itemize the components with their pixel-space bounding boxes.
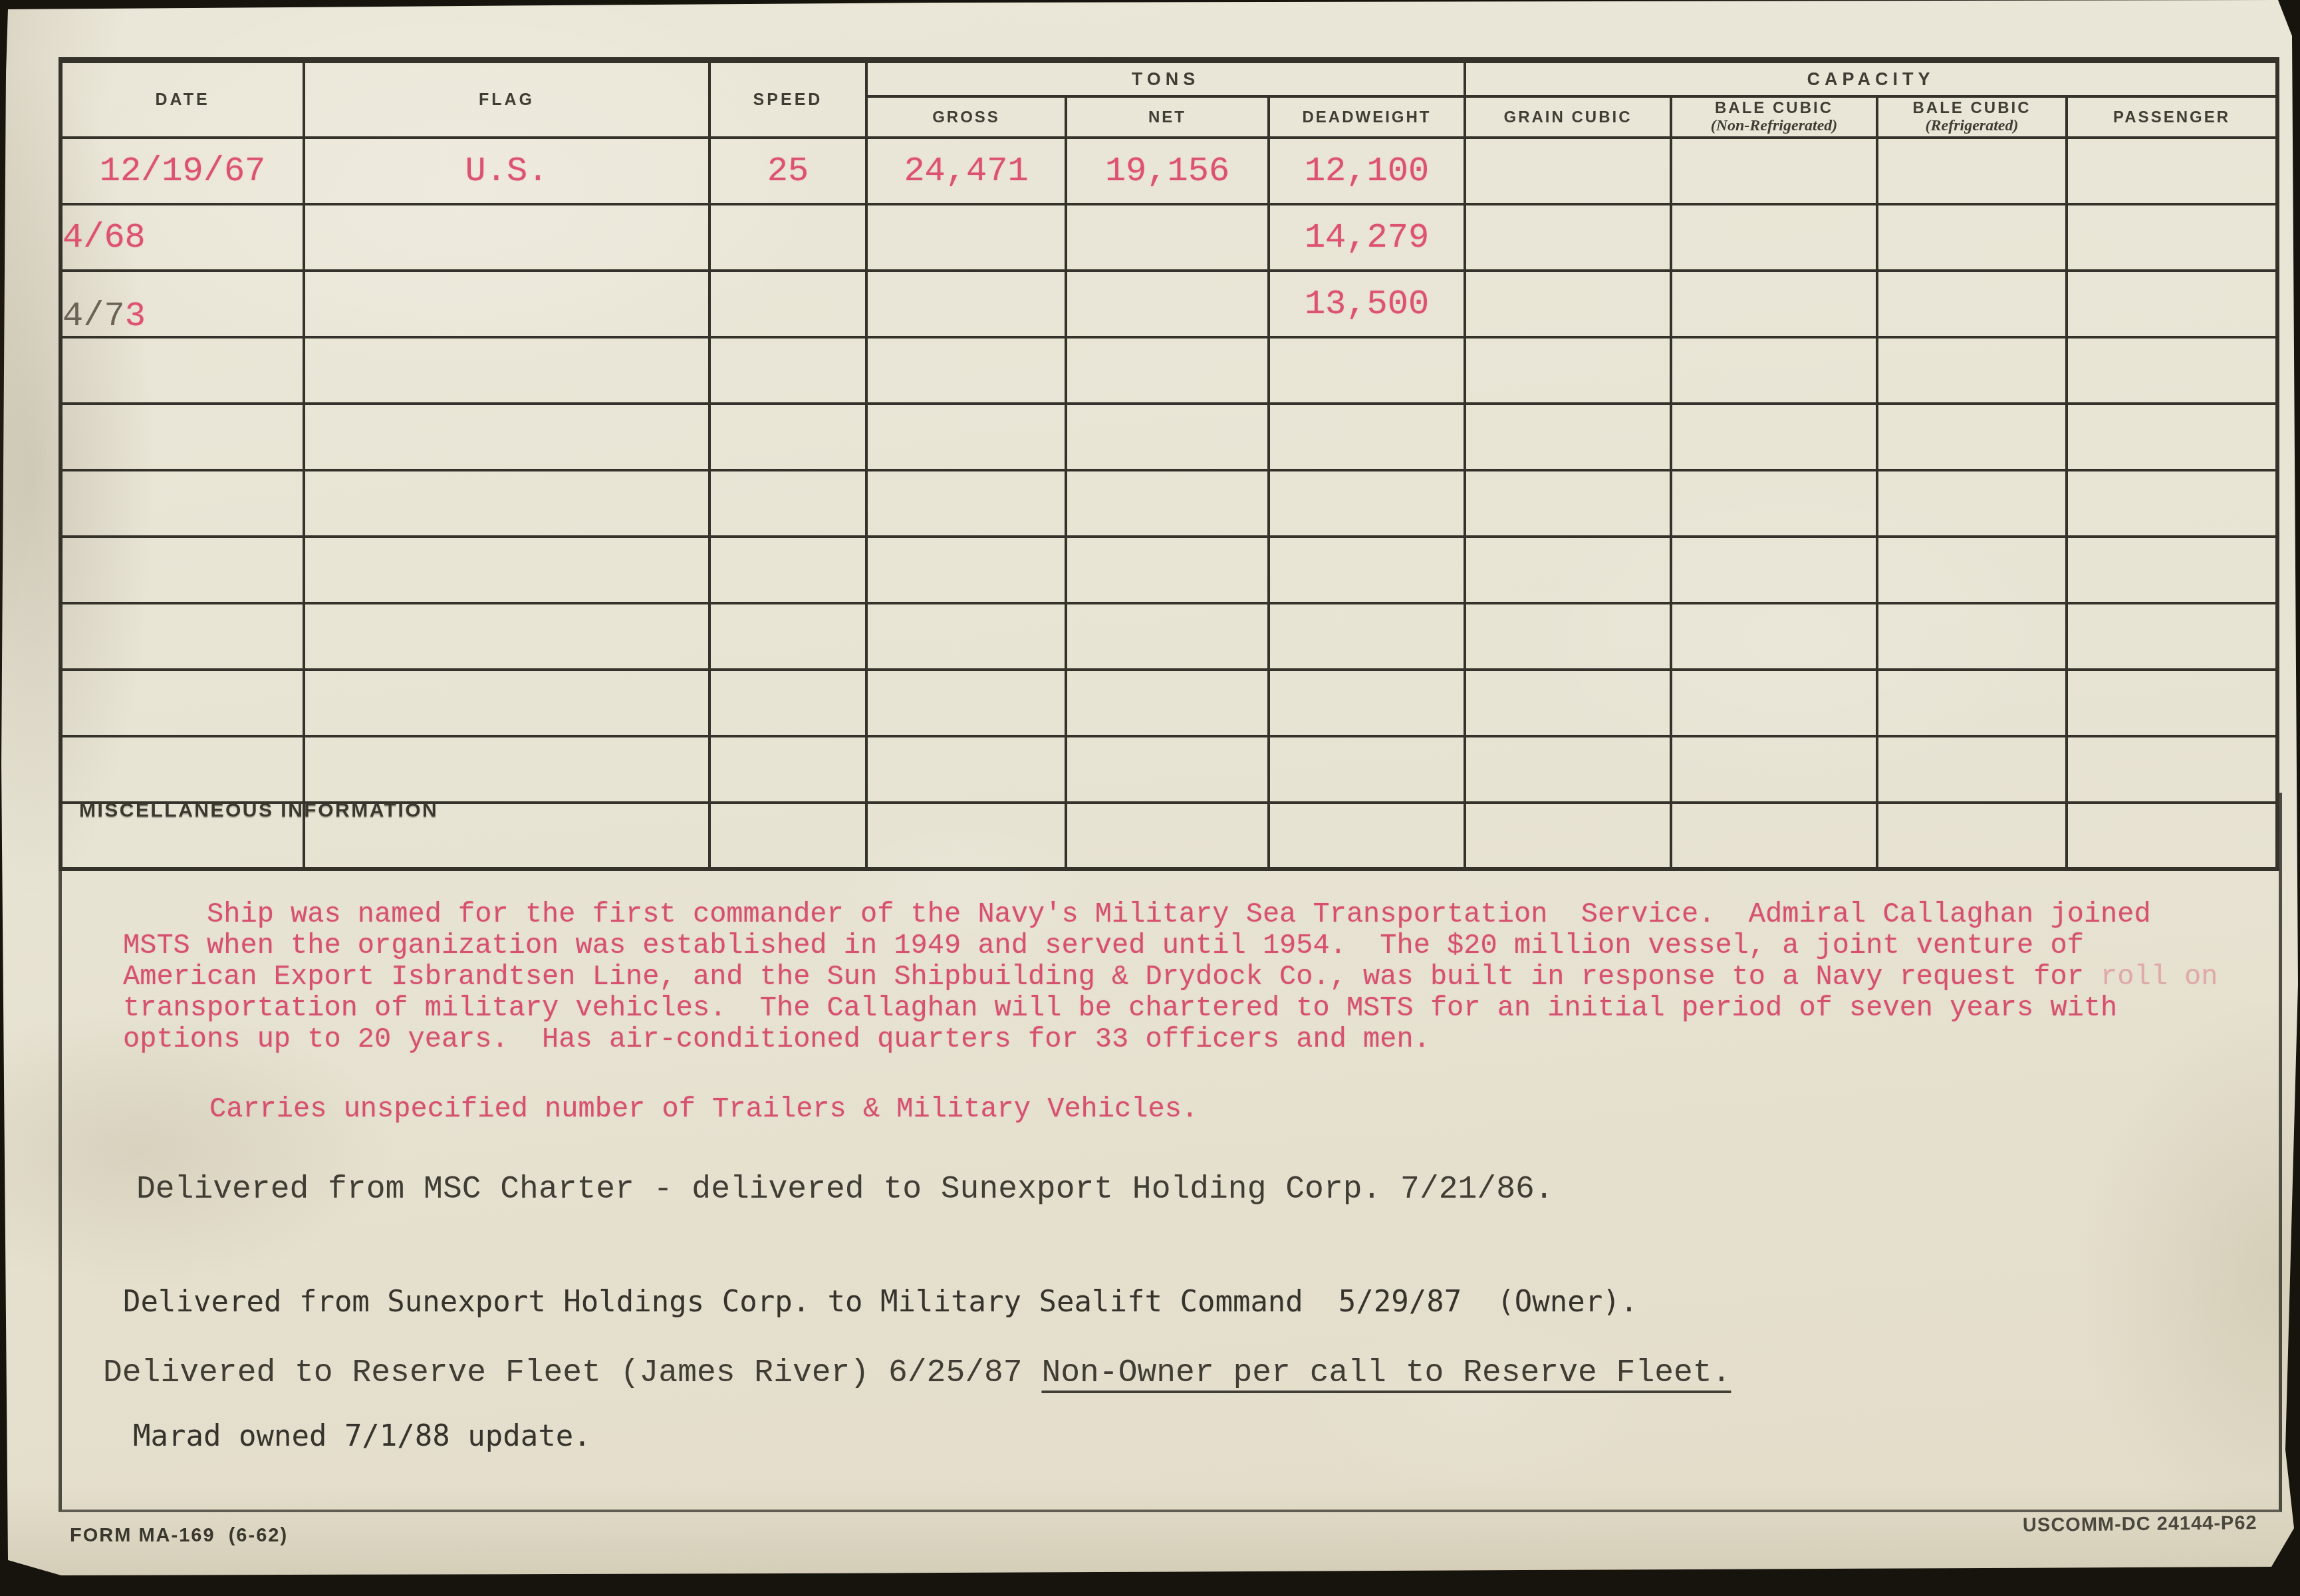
empty-cell	[2067, 204, 2277, 271]
cell-deadweight: 14,279	[1269, 204, 1465, 271]
table-row-1967: 12/19/67 U.S. 25 24,471 19,156 12,100	[61, 138, 2277, 204]
paragraph-line: MSTS when the organization was establish…	[123, 930, 2218, 962]
empty-cell	[1465, 337, 1671, 404]
paragraph-line-text: American Export Isbrandtsen Line, and th…	[123, 961, 2101, 993]
empty-cell	[1877, 603, 2067, 670]
empty-cell	[866, 204, 1066, 271]
cell-speed: 25	[709, 138, 866, 204]
header-speed: SPEED	[709, 61, 866, 138]
empty-cell	[2067, 670, 2277, 736]
header-bale-ref-line2: (Refrigerated)	[1878, 117, 2065, 135]
date-pencil-part: 4/7	[63, 297, 125, 336]
empty-cell	[1877, 204, 2067, 271]
empty-cell	[1671, 537, 1877, 603]
empty-cell	[61, 470, 304, 537]
empty-cell	[866, 271, 1066, 337]
empty-cell	[709, 404, 866, 470]
empty-cell	[1066, 271, 1269, 337]
print-code: USCOMM-DC 24144-P62	[2023, 1512, 2257, 1537]
header-tons-group: TONS	[866, 61, 1465, 97]
empty-cell	[709, 271, 866, 337]
empty-cell	[1671, 271, 1877, 337]
empty-cell	[304, 670, 709, 736]
empty-cell	[1465, 470, 1671, 537]
date-pink-part: 3	[125, 297, 146, 336]
empty-cell	[2067, 470, 2277, 537]
empty-cell	[1671, 470, 1877, 537]
empty-cell	[304, 470, 709, 537]
paragraph-line: American Export Isbrandtsen Line, and th…	[123, 962, 2218, 993]
empty-cell	[61, 537, 304, 603]
empty-cell	[1269, 337, 1465, 404]
header-bale-ref-line1: BALE CUBIC	[1913, 99, 2031, 117]
empty-cell	[61, 404, 304, 470]
empty-cell	[1877, 470, 2067, 537]
cell-deadweight: 12,100	[1269, 138, 1465, 204]
empty-cell	[2067, 138, 2277, 204]
header-bale-nonref-line1: BALE CUBIC	[1715, 99, 1833, 117]
empty-cell	[2067, 537, 2277, 603]
paragraph-line: options up to 20 years. Has air-conditio…	[123, 1024, 2218, 1055]
table-row-empty	[61, 603, 2277, 670]
delivery-note-msc: Delivered from MSC Charter - delivered t…	[136, 1172, 1554, 1208]
empty-cell	[1465, 138, 1671, 204]
empty-cell	[866, 404, 1066, 470]
empty-cell	[709, 470, 866, 537]
empty-cell	[1066, 337, 1269, 404]
empty-cell	[2067, 337, 2277, 404]
empty-cell	[866, 470, 1066, 537]
header-gross: GROSS	[866, 96, 1066, 138]
empty-cell	[1877, 537, 2067, 603]
empty-cell	[1269, 404, 1465, 470]
empty-cell	[304, 337, 709, 404]
scanned-form-page: DATE FLAG SPEED TONS CAPACITY GROSS NET …	[0, 0, 2300, 1596]
empty-cell	[709, 337, 866, 404]
empty-cell	[1066, 537, 1269, 603]
empty-cell	[1269, 670, 1465, 736]
empty-cell	[1877, 138, 2067, 204]
empty-cell	[866, 603, 1066, 670]
empty-cell	[304, 204, 709, 271]
paragraph-line: transportation of military vehicles. The…	[123, 993, 2218, 1024]
cell-gross: 24,471	[866, 138, 1066, 204]
empty-cell	[304, 603, 709, 670]
empty-cell	[61, 670, 304, 736]
form-number: FORM MA-169 (6-62)	[70, 1525, 288, 1547]
empty-cell	[1671, 204, 1877, 271]
cell-date: 12/19/67	[61, 138, 304, 204]
empty-cell	[304, 404, 709, 470]
empty-cell	[709, 670, 866, 736]
header-deadweight: DEADWEIGHT	[1269, 96, 1465, 138]
header-date: DATE	[61, 61, 304, 138]
empty-cell	[1465, 404, 1671, 470]
table-row-empty	[61, 537, 2277, 603]
empty-cell	[1066, 204, 1269, 271]
empty-cell	[1465, 204, 1671, 271]
delivery-note-reserve-fleet: Delivered to Reserve Fleet (James River)…	[103, 1355, 1731, 1391]
empty-cell	[304, 537, 709, 603]
empty-cell	[1671, 603, 1877, 670]
empty-cell	[304, 271, 709, 337]
table-row-1973: 4/73 13,500	[61, 271, 2277, 337]
miscellaneous-information-label: MISCELLANEOUS INFORMATION	[79, 799, 438, 822]
table-row-empty	[61, 470, 2277, 537]
faint-typed-text: roll on	[2101, 961, 2218, 993]
empty-cell	[866, 670, 1066, 736]
header-bale-nonref-line2: (Non-Refrigerated)	[1672, 117, 1876, 135]
header-bale-nonref: BALE CUBIC(Non-Refrigerated)	[1671, 96, 1877, 138]
empty-cell	[1066, 470, 1269, 537]
table-row-empty	[61, 670, 2277, 736]
header-group-row: DATE FLAG SPEED TONS CAPACITY	[61, 61, 2277, 97]
empty-cell	[1465, 537, 1671, 603]
table-row-empty	[61, 337, 2277, 404]
empty-cell	[1671, 670, 1877, 736]
empty-cell	[1269, 470, 1465, 537]
paragraph-line: Ship was named for the first commander o…	[123, 899, 2218, 930]
table-row-empty	[61, 404, 2277, 470]
empty-cell	[1671, 337, 1877, 404]
marad-note: Marad owned 7/1/88 update.	[133, 1419, 591, 1453]
header-bale-ref: BALE CUBIC(Refrigerated)	[1877, 96, 2067, 138]
empty-cell	[1465, 271, 1671, 337]
reserve-note-underlined: Non-Owner per call to Reserve Fleet.	[1041, 1355, 1731, 1391]
table-row-1968: 4/68 14,279	[61, 204, 2277, 271]
empty-cell	[61, 337, 304, 404]
empty-cell	[2067, 271, 2277, 337]
empty-cell	[1465, 603, 1671, 670]
empty-cell	[1877, 404, 2067, 470]
empty-cell	[1877, 271, 2067, 337]
header-passenger: PASSENGER	[2067, 96, 2277, 138]
empty-cell	[866, 337, 1066, 404]
cell-date: 4/68	[61, 204, 304, 271]
empty-cell	[866, 537, 1066, 603]
empty-cell	[1066, 404, 1269, 470]
empty-cell	[2067, 603, 2277, 670]
cell-date: 4/73	[61, 271, 304, 337]
empty-cell	[1877, 337, 2067, 404]
cell-deadweight: 13,500	[1269, 271, 1465, 337]
empty-cell	[709, 603, 866, 670]
header-capacity-group: CAPACITY	[1465, 61, 2277, 97]
empty-cell	[1671, 138, 1877, 204]
empty-cell	[709, 537, 866, 603]
empty-cell	[1877, 670, 2067, 736]
empty-cell	[1671, 404, 1877, 470]
empty-cell	[709, 204, 866, 271]
empty-cell	[2067, 404, 2277, 470]
empty-cell	[1269, 603, 1465, 670]
cargo-note: Carries unspecified number of Trailers &…	[209, 1093, 1198, 1125]
cell-flag: U.S.	[304, 138, 709, 204]
header-net: NET	[1066, 96, 1269, 138]
delivery-note-sunexport: Delivered from Sunexport Holdings Corp. …	[123, 1285, 1638, 1319]
empty-cell	[1066, 670, 1269, 736]
header-grain-cubic: GRAIN CUBIC	[1465, 96, 1671, 138]
empty-cell	[1269, 537, 1465, 603]
miscellaneous-information-section: MISCELLANEOUS INFORMATION Ship was named…	[59, 793, 2282, 1512]
ship-history-paragraph: Ship was named for the first commander o…	[123, 899, 2218, 1055]
empty-cell	[61, 603, 304, 670]
header-flag: FLAG	[304, 61, 709, 138]
cell-net: 19,156	[1066, 138, 1269, 204]
reserve-note-prefix: Delivered to Reserve Fleet (James River)…	[103, 1355, 1041, 1391]
ship-record-table: DATE FLAG SPEED TONS CAPACITY GROSS NET …	[59, 57, 2279, 871]
empty-cell	[1066, 603, 1269, 670]
empty-cell	[1465, 670, 1671, 736]
